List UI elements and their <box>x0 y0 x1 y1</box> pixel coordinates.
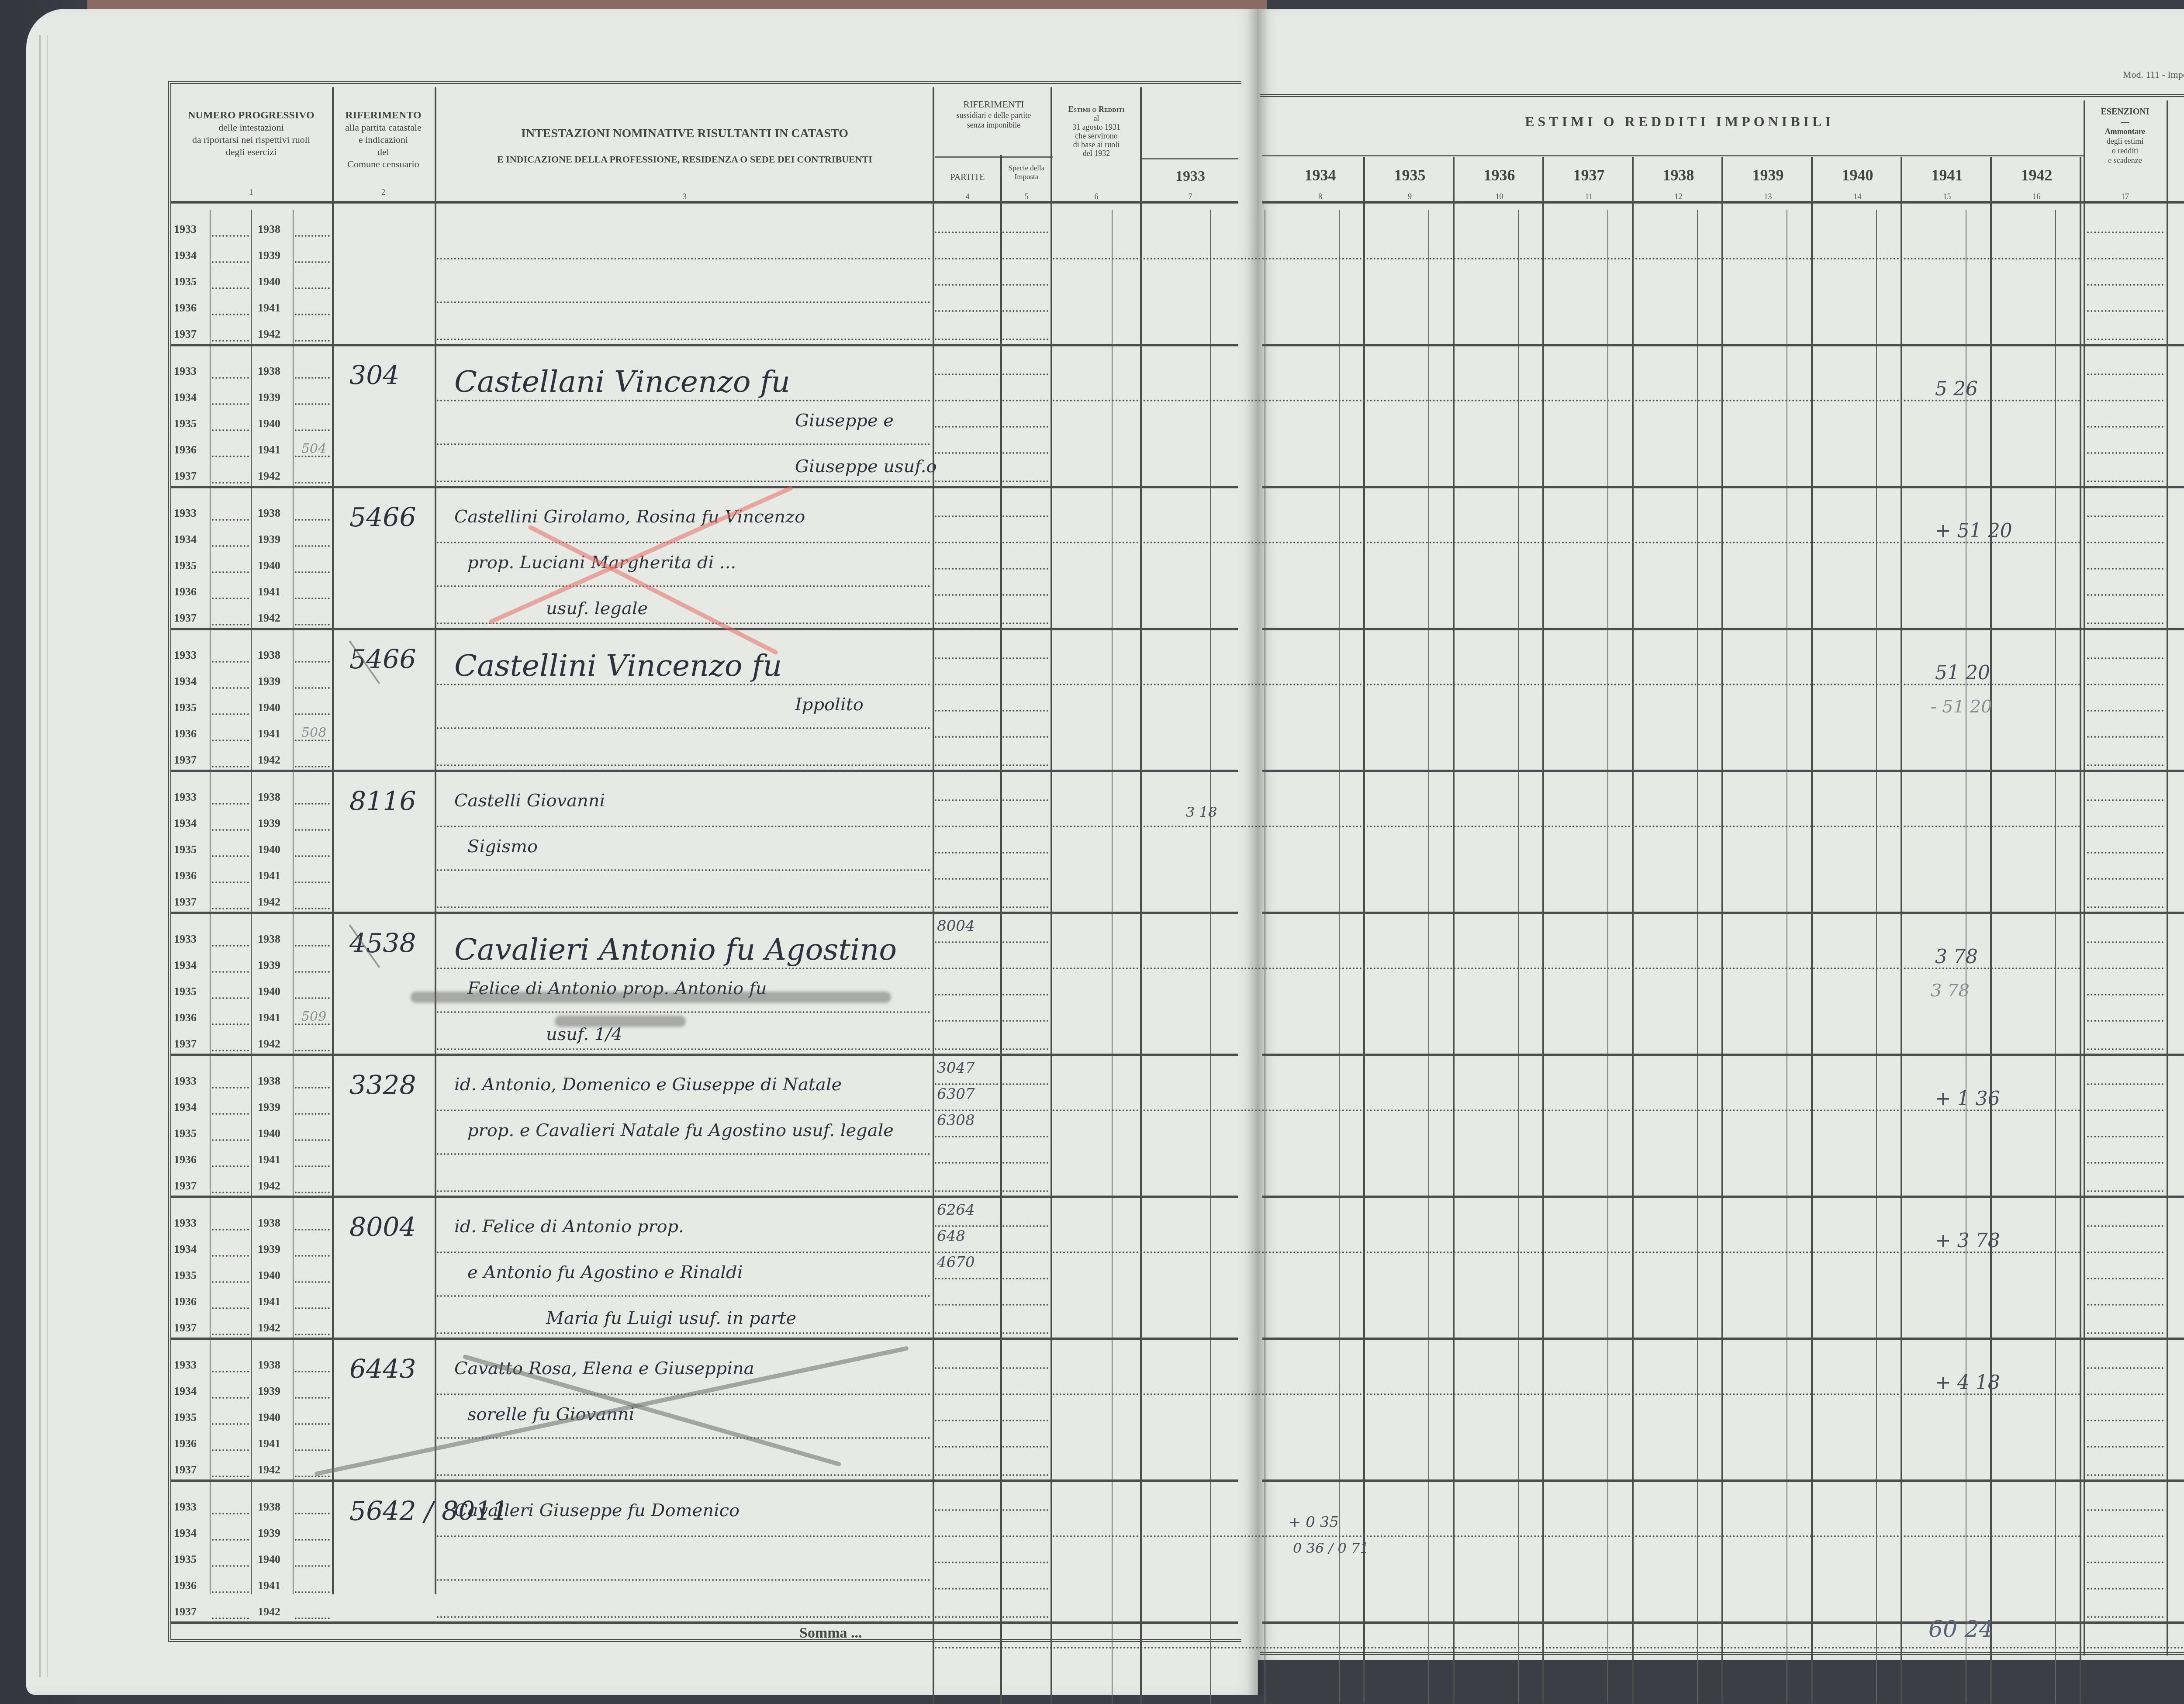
col3-header: INTESTAZIONI NOMINATIVE RISULTANTI IN CA… <box>437 127 933 165</box>
col17-sub: degli estimi <box>2086 136 2164 146</box>
dotted-rule <box>212 740 249 741</box>
name-dotted-rule <box>437 258 930 259</box>
exemption-dotted-rule <box>2087 736 2163 738</box>
year-label: 1940 <box>258 275 280 288</box>
somma-1941-value: 60 24 <box>1928 1616 1994 1642</box>
dotted-rule <box>212 1281 249 1283</box>
col-divider <box>1990 157 1992 1704</box>
year-label: 1939 <box>258 817 280 830</box>
col2-sub: alla partita catastale <box>334 121 432 134</box>
partita-ref: 5466 <box>349 644 416 675</box>
partite-dotted-rule <box>935 968 998 969</box>
dotted-rule <box>212 1113 249 1115</box>
exemption-dotted-rule <box>2087 826 2163 827</box>
partite-dotted-rule <box>935 941 998 943</box>
somma-dotted-rule <box>935 1647 2184 1649</box>
partite-value: 3047 <box>937 1059 975 1077</box>
dotted-rule <box>212 1371 249 1372</box>
col6-sub: di base ai ruoli <box>1053 140 1140 149</box>
name-dotted-rule <box>437 1295 930 1297</box>
partite-value: 6307 <box>937 1085 975 1103</box>
specie-dotted-rule <box>1002 400 1048 401</box>
dotted-rule <box>295 1255 330 1257</box>
dotted-rule <box>295 1334 330 1335</box>
exemption-dotted-rule <box>2087 1190 2163 1192</box>
specie-dotted-rule <box>1002 1562 1048 1563</box>
partite-dotted-rule <box>935 1251 998 1253</box>
dotted-rule <box>295 1113 330 1115</box>
dotted-rule <box>295 1281 330 1283</box>
exemption-dotted-rule <box>2087 657 2163 659</box>
year-label: 1939 <box>258 1243 280 1256</box>
name-dotted-rule <box>437 1011 930 1013</box>
exemption-dotted-rule <box>2087 994 2163 995</box>
dotted-rule <box>295 1371 330 1372</box>
exemption-dotted-rule <box>2087 1446 2163 1448</box>
specie-dotted-rule <box>1002 542 1048 543</box>
value-1941: 51 20 <box>1935 662 1990 684</box>
exemption-dotted-rule <box>2087 1332 2163 1334</box>
specie-dotted-rule <box>1002 1332 1048 1334</box>
dotted-rule <box>212 403 249 405</box>
intestazione-line: Giuseppe e <box>795 411 894 431</box>
year-col-number: 15 <box>1902 192 1992 201</box>
col7-rule <box>1142 158 1238 159</box>
col6-title: Estimi o Redditi <box>1053 105 1140 114</box>
specie-dotted-rule <box>1002 594 1048 596</box>
partite-value: 648 <box>937 1227 965 1245</box>
dotted-rule <box>212 482 249 484</box>
col7-year-1933: 1933 <box>1142 168 1238 185</box>
dotted-rule <box>295 1397 330 1399</box>
col2-title: RIFERIMENTO <box>334 109 432 121</box>
name-dotted-rule <box>437 1048 930 1050</box>
dotted-rule <box>295 482 330 484</box>
partite-value: 4670 <box>937 1254 975 1271</box>
year-col-number: 10 <box>1455 192 1544 201</box>
row-separator <box>170 912 1238 914</box>
year-label: 1940 <box>258 1269 280 1282</box>
year-label: 1935 <box>174 417 197 430</box>
year-label: 1939 <box>258 1101 280 1114</box>
exemption-dotted-rule <box>2087 710 2163 712</box>
year-label: 1938 <box>258 1500 280 1514</box>
dotted-rule <box>295 713 330 715</box>
intestazione-line: Giuseppe usuf.o <box>795 456 937 477</box>
year-header-1941: 1941 <box>1902 166 1992 184</box>
partite-dotted-rule <box>935 1048 998 1050</box>
partite-dotted-rule <box>935 1225 998 1227</box>
year-label: 1940 <box>258 1127 280 1140</box>
col1-title: NUMERO PROGRESSIVO <box>173 109 330 121</box>
year-label: 1941 <box>258 301 280 315</box>
partite-dotted-rule <box>935 1278 998 1279</box>
dotted-rule <box>295 1087 330 1089</box>
col17-header: ESENZIONI — Ammontare degli estimi o red… <box>2086 107 2164 165</box>
col1-sub: delle intestazioni <box>173 121 330 134</box>
dotted-rule <box>295 1050 330 1051</box>
year-label: 1933 <box>174 507 197 520</box>
year-label: 1940 <box>258 559 280 572</box>
dotted-rule <box>295 1423 330 1425</box>
col6-sub: 31 agosto 1931 <box>1053 123 1140 131</box>
dotted-rule <box>295 1165 330 1167</box>
exemption-dotted-rule <box>2087 1474 2163 1476</box>
year-label: 1936 <box>174 443 197 456</box>
dotted-rule <box>212 1565 249 1567</box>
year-label: 1937 <box>174 1463 197 1476</box>
row-separator <box>1262 344 2184 346</box>
year-label: 1934 <box>174 817 197 830</box>
col18-title: ANNOTAZIONI <box>2169 144 2184 157</box>
year-header-1937: 1937 <box>1544 166 1634 184</box>
specie-dotted-rule <box>1002 515 1048 517</box>
partita-ref: 6443 <box>349 1354 416 1385</box>
specie-dotted-rule <box>1002 1020 1048 1022</box>
exemption-dotted-rule <box>2087 941 2163 943</box>
dotted-rule <box>212 997 249 999</box>
partite-dotted-rule <box>935 1190 998 1192</box>
specie-dotted-rule <box>1002 906 1048 908</box>
estimi-rule <box>1262 155 2084 156</box>
intestazione-line: Cavalieri Antonio fu Agostino <box>454 933 897 967</box>
dotted-rule <box>295 971 330 973</box>
specie-dotted-rule <box>1002 373 1048 375</box>
col17-title: ESENZIONI <box>2086 107 2164 117</box>
name-dotted-rule <box>437 727 930 729</box>
partite-dotted-rule <box>935 373 998 375</box>
row-separator <box>1262 770 2184 772</box>
name-dotted-rule <box>437 906 930 908</box>
dotted-rule <box>295 624 330 626</box>
exemption-dotted-rule <box>2087 232 2163 233</box>
row-separator <box>1262 628 2184 630</box>
specie-dotted-rule <box>1002 941 1048 943</box>
exemption-dotted-rule <box>2087 764 2163 766</box>
amount-dotted-rule <box>1053 826 2081 827</box>
exemption-dotted-rule <box>2087 373 2163 375</box>
specie-dotted-rule <box>1002 1190 1048 1192</box>
exemption-dotted-rule <box>2087 684 2163 685</box>
year-label: 1933 <box>174 1217 197 1230</box>
exemption-dotted-rule <box>2087 1509 2163 1511</box>
exemption-dotted-rule <box>2087 1162 2163 1164</box>
specie-dotted-rule <box>1002 878 1048 880</box>
value-1934-secondary: 0 36 / 0 71 <box>1293 1540 1369 1556</box>
dotted-rule <box>212 598 249 599</box>
dotted-rule <box>295 1229 330 1230</box>
col-divider <box>2084 100 2085 1656</box>
dotted-rule <box>295 997 330 999</box>
col-divider <box>1721 157 1723 1704</box>
dotted-rule <box>212 713 249 715</box>
year-label: 1935 <box>174 275 197 288</box>
exemption-dotted-rule <box>2087 284 2163 286</box>
specie-dotted-rule <box>1002 852 1048 854</box>
riferimenti-sub: sussidiari e delle partite <box>935 111 1053 120</box>
year-label: 1934 <box>174 391 197 404</box>
col1-number: 1 <box>173 188 330 197</box>
dotted-rule <box>212 1513 249 1514</box>
specie-dotted-rule <box>1002 622 1048 624</box>
name-dotted-rule <box>437 1332 930 1334</box>
col-divider <box>435 87 436 1594</box>
partita-ref: 5466 <box>349 502 416 533</box>
specie-dotted-rule <box>1002 1136 1048 1137</box>
specie-dotted-rule <box>1002 710 1048 712</box>
partita-ref: 8004 <box>349 1212 416 1243</box>
partite-dotted-rule <box>935 994 998 995</box>
row-separator <box>170 628 1238 630</box>
partite-dotted-rule <box>935 1367 998 1369</box>
name-dotted-rule <box>437 1437 930 1439</box>
name-dotted-rule <box>437 339 930 340</box>
partita-ref: 304 <box>349 360 400 391</box>
partite-dotted-rule <box>935 542 998 543</box>
year-label: 1933 <box>174 1500 197 1514</box>
exemption-dotted-rule <box>2087 1562 2163 1563</box>
name-dotted-rule <box>437 764 930 766</box>
year-label: 1940 <box>258 701 280 714</box>
col4-title: PARTITE <box>935 173 1000 183</box>
year-label: 1941 <box>258 443 280 456</box>
dotted-rule <box>295 403 330 405</box>
partite-dotted-rule <box>935 1020 998 1022</box>
col17-sub: e scadenze <box>2086 156 2164 165</box>
row-separator <box>170 1196 1238 1198</box>
specie-dotted-rule <box>1002 1083 1048 1085</box>
exemption-dotted-rule <box>2087 1616 2163 1618</box>
col6-number: 6 <box>1053 192 1140 201</box>
name-dotted-rule <box>437 1579 930 1581</box>
year-label: 1934 <box>174 1527 197 1540</box>
row-separator <box>170 1338 1238 1340</box>
exemption-dotted-rule <box>2087 568 2163 570</box>
col-divider <box>1542 157 1544 1704</box>
specie-dotted-rule <box>1002 657 1048 659</box>
year-label: 1939 <box>258 1385 280 1398</box>
dotted-rule <box>212 1023 249 1025</box>
col17-sub: Ammontare <box>2086 127 2164 136</box>
dotted-rule <box>295 377 330 379</box>
partite-dotted-rule <box>935 339 998 340</box>
exemption-dotted-rule <box>2087 852 2163 854</box>
dotted-rule <box>212 429 249 431</box>
specie-dotted-rule <box>1002 1588 1048 1590</box>
row-separator <box>170 1054 1238 1056</box>
year-header-1935: 1935 <box>1365 166 1455 184</box>
intestazione-line: Sigismo <box>467 836 538 857</box>
year-label: 1936 <box>174 585 197 598</box>
year-label: 1936 <box>174 727 197 740</box>
name-dotted-rule <box>437 542 930 543</box>
col-divider <box>1632 157 1634 1704</box>
year-header-1939: 1939 <box>1723 166 1813 184</box>
row-separator <box>170 1479 1238 1482</box>
partite-dotted-rule <box>935 1616 998 1618</box>
year-label: 1934 <box>174 959 197 972</box>
year-label: 1935 <box>174 1127 197 1140</box>
dotted-rule <box>295 1513 330 1514</box>
col7-number: 7 <box>1142 192 1238 201</box>
exemption-dotted-rule <box>2087 1304 2163 1306</box>
col-divider <box>2167 100 2168 1656</box>
value-1941: + 1 36 <box>1935 1088 2000 1110</box>
specie-dotted-rule <box>1002 1393 1048 1395</box>
specie-dotted-rule <box>1002 1304 1048 1306</box>
name-dotted-rule <box>437 826 930 827</box>
dotted-rule <box>212 571 249 573</box>
partite-dotted-rule <box>935 1083 998 1085</box>
year-label: 1936 <box>174 1011 197 1024</box>
year-label: 1940 <box>258 985 280 998</box>
partite-dotted-rule <box>935 594 998 596</box>
partite-dotted-rule <box>935 826 998 827</box>
value-1934: + 0 35 <box>1289 1514 1339 1531</box>
col6-header: Estimi o Redditi al 31 agosto 1931 che s… <box>1053 105 1140 158</box>
name-dotted-rule <box>437 1190 930 1192</box>
partite-dotted-rule <box>935 799 998 801</box>
intestazione-line: e Antonio fu Agostino e Rinaldi <box>467 1262 743 1282</box>
year-header-1936: 1936 <box>1455 166 1544 184</box>
dotted-rule <box>212 1618 249 1619</box>
partite-dotted-rule <box>935 1110 998 1111</box>
year-label: 1933 <box>174 1358 197 1372</box>
exemption-dotted-rule <box>2087 480 2163 482</box>
col-divider <box>1000 155 1002 1704</box>
year-label: 1940 <box>258 843 280 856</box>
partite-dotted-rule <box>935 1393 998 1395</box>
year-label: 1935 <box>174 1411 197 1424</box>
row-separator <box>170 770 1238 772</box>
year-label: 1940 <box>258 1553 280 1566</box>
amount-dotted-rule <box>1053 258 2081 259</box>
dotted-rule <box>212 1087 249 1089</box>
specie-dotted-rule <box>1002 284 1048 286</box>
intestazione-line: Ippolito <box>795 695 864 715</box>
specie-dotted-rule <box>1002 968 1048 969</box>
year-label: 1937 <box>174 612 197 625</box>
year-label: 1942 <box>258 1179 280 1192</box>
specie-dotted-rule <box>1002 568 1048 570</box>
dotted-rule <box>295 1192 330 1193</box>
row-separator <box>170 1621 1238 1624</box>
specie-dotted-rule <box>1002 232 1048 233</box>
intestazione-line: Castellani Vincenzo fu <box>454 365 790 399</box>
name-dotted-rule <box>437 622 930 624</box>
specie-dotted-rule <box>1002 1278 1048 1279</box>
dotted-rule <box>295 855 330 857</box>
partita-ref: 3328 <box>349 1070 416 1101</box>
dotted-rule <box>295 235 330 237</box>
value-1941: + 3 78 <box>1935 1230 2000 1252</box>
form-id: Mod. 111 - Imposte Dirette (Intercalare)… <box>2123 69 2184 80</box>
year-label: 1938 <box>258 791 280 804</box>
specie-dotted-rule <box>1002 684 1048 685</box>
partite-dotted-rule <box>935 1509 998 1511</box>
intestazione-line: id. Antonio, Domenico e Giuseppe di Nata… <box>454 1075 842 1095</box>
intestazione-line: usuf. 1/4 <box>546 1024 622 1044</box>
dotted-rule <box>295 571 330 573</box>
partite-dotted-rule <box>935 906 998 908</box>
specie-dotted-rule <box>1002 1616 1048 1618</box>
partite-dotted-rule <box>935 232 998 233</box>
dotted-rule <box>212 1591 249 1593</box>
year-label: 1938 <box>258 507 280 520</box>
exemption-dotted-rule <box>2087 1420 2163 1421</box>
year-label: 1942 <box>258 470 280 483</box>
row-separator <box>170 486 1238 488</box>
col-divider <box>2080 157 2081 1704</box>
partite-value: 8004 <box>937 917 975 935</box>
exemption-dotted-rule <box>2087 1020 2163 1022</box>
row-separator <box>1262 486 2184 488</box>
partite-dotted-rule <box>935 1474 998 1476</box>
specie-dotted-rule <box>1002 1535 1048 1537</box>
dotted-rule <box>295 661 330 663</box>
dotted-rule <box>212 971 249 973</box>
value-1941: + 4 18 <box>1935 1372 2000 1394</box>
exemption-dotted-rule <box>2087 1278 2163 1279</box>
year-label: 1936 <box>174 301 197 315</box>
year-col-number: 12 <box>1634 192 1723 201</box>
year-label: 1933 <box>174 223 197 236</box>
year-label: 1936 <box>174 869 197 882</box>
year-label: 1938 <box>258 649 280 662</box>
year-label: 1934 <box>174 675 197 688</box>
ink-smudge <box>555 1016 686 1027</box>
partite-dotted-rule <box>935 568 998 570</box>
dotted-rule <box>212 287 249 289</box>
col-divider <box>933 87 934 1704</box>
year-label: 1934 <box>174 1101 197 1114</box>
specie-dotted-rule <box>1002 826 1048 827</box>
year-label: 1935 <box>174 559 197 572</box>
exemption-dotted-rule <box>2087 1048 2163 1050</box>
partite-dotted-rule <box>935 400 998 401</box>
col-divider <box>1453 157 1455 1704</box>
year-label: 1941 <box>258 727 280 740</box>
year-label: 1937 <box>174 1321 197 1334</box>
name-dotted-rule <box>437 1616 930 1618</box>
year-label: 1941 <box>258 585 280 598</box>
partite-dotted-rule <box>935 284 998 286</box>
dotted-rule <box>295 429 330 431</box>
name-dotted-rule <box>437 443 930 445</box>
row-separator <box>1262 1054 2184 1056</box>
row-separator <box>1262 1621 2184 1624</box>
dotted-rule <box>212 545 249 547</box>
year-col-number: 11 <box>1544 192 1634 201</box>
header-bottom-rule-right <box>1262 201 2184 204</box>
dotted-rule <box>295 1139 330 1141</box>
exemption-dotted-rule <box>2087 1251 2163 1253</box>
year-label: 1934 <box>174 249 197 262</box>
dotted-rule <box>295 1591 330 1593</box>
dotted-rule <box>212 1397 249 1399</box>
year-divider <box>293 210 294 1594</box>
year-label: 1941 <box>258 1153 280 1166</box>
year-label: 1941 <box>258 1579 280 1592</box>
partite-dotted-rule <box>935 657 998 659</box>
col2-sub: Comune censuario <box>334 158 432 170</box>
dotted-rule <box>212 235 249 237</box>
amount-dotted-rule <box>1053 1251 2081 1253</box>
exemption-dotted-rule <box>2087 1367 2163 1369</box>
specie-dotted-rule <box>1002 1446 1048 1448</box>
partite-dotted-rule <box>935 1535 998 1537</box>
side-note: 504 <box>301 441 326 456</box>
